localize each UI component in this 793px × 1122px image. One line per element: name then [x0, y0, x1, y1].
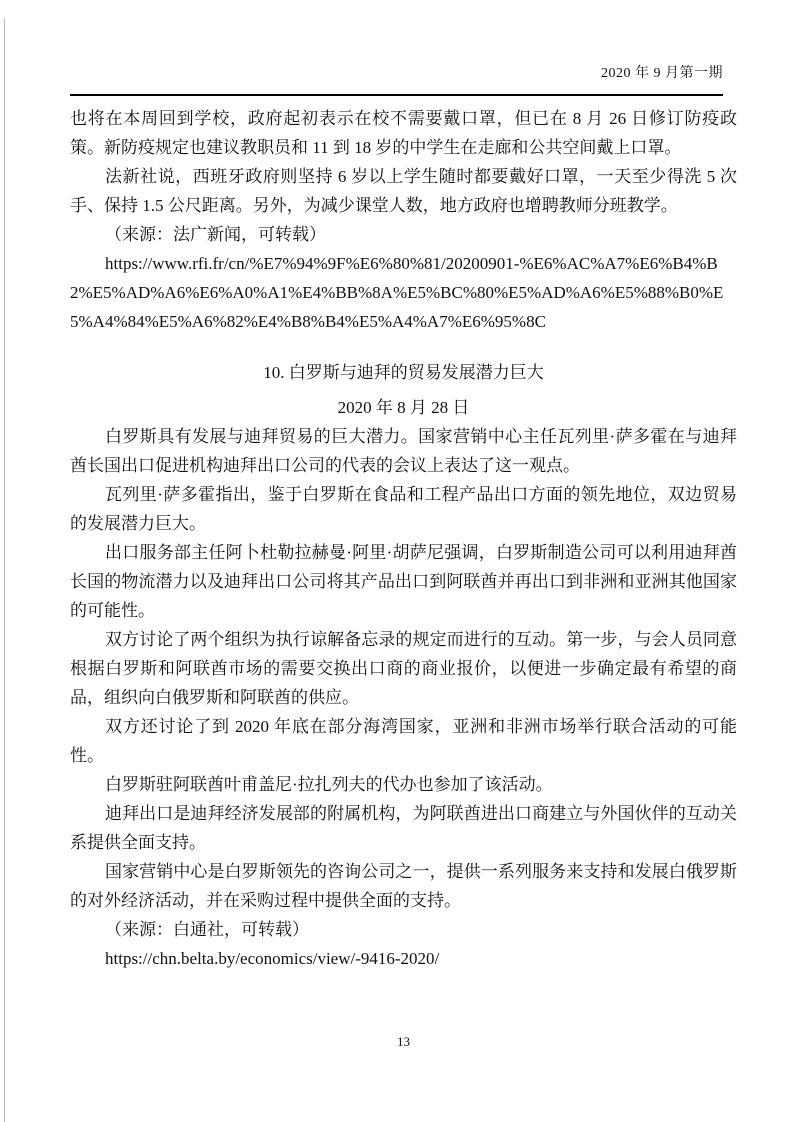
issue-label: 2020 年 9 月第一期: [601, 66, 723, 81]
page-content: 也将在本周回到学校，政府起初表示在校不需要戴口罩，但已在 8 月 26 日修订防…: [70, 104, 737, 973]
paragraph: 双方讨论了两个组织为执行谅解备忘录的规定而进行的互动。第一步，与会人员同意根据白…: [70, 625, 737, 712]
paragraph: 出口服务部主任阿卜杜勒拉赫曼·阿里·胡萨尼强调，白罗斯制造公司可以利用迪拜酋长国…: [70, 538, 737, 625]
paragraph: 国家营销中心是白罗斯领先的咨询公司之一，提供一系列服务来支持和发展白俄罗斯的对外…: [70, 857, 737, 915]
article-title: 10. 白罗斯与迪拜的贸易发展潜力巨大: [70, 358, 737, 387]
paragraph: 双方还讨论了到 2020 年底在部分海湾国家，亚洲和非洲市场举行联合活动的可能性…: [70, 712, 737, 770]
paragraph: 瓦列里·萨多霍指出，鉴于白罗斯在食品和工程产品出口方面的领先地位，双边贸易的发展…: [70, 480, 737, 538]
source-line: （来源：法广新闻，可转载）: [70, 220, 737, 249]
paragraph: 白罗斯具有发展与迪拜贸易的巨大潜力。国家营销中心主任瓦列里·萨多霍在与迪拜酋长国…: [70, 422, 737, 480]
paragraph: 白罗斯驻阿联酋叶甫盖尼·拉扎列夫的代办也参加了该活动。: [70, 770, 737, 799]
document-page: 2020 年 9 月第一期 也将在本周回到学校，政府起初表示在校不需要戴口罩，但…: [0, 0, 793, 973]
article-url-link[interactable]: https://chn.belta.by/economics/view/-941…: [70, 944, 737, 973]
paragraph: 法新社说，西班牙政府则坚持 6 岁以上学生随时都要戴好口罩，一天至少得洗 5 次…: [70, 162, 737, 220]
page-number: 13: [70, 1034, 737, 1050]
article-date: 2020 年 8 月 28 日: [70, 393, 737, 422]
page-header: 2020 年 9 月第一期: [70, 64, 723, 96]
source-line: （来源：白通社，可转载）: [70, 915, 737, 944]
scan-edge-line: [4, 18, 5, 1122]
article-url-link[interactable]: https://www.rfi.fr/cn/%E7%94%9F%E6%80%81…: [70, 249, 737, 336]
paragraph: 迪拜出口是迪拜经济发展部的附属机构，为阿联酋进出口商建立与外国伙伴的互动关系提供…: [70, 799, 737, 857]
paragraph-continuation: 也将在本周回到学校，政府起初表示在校不需要戴口罩，但已在 8 月 26 日修订防…: [70, 104, 737, 162]
